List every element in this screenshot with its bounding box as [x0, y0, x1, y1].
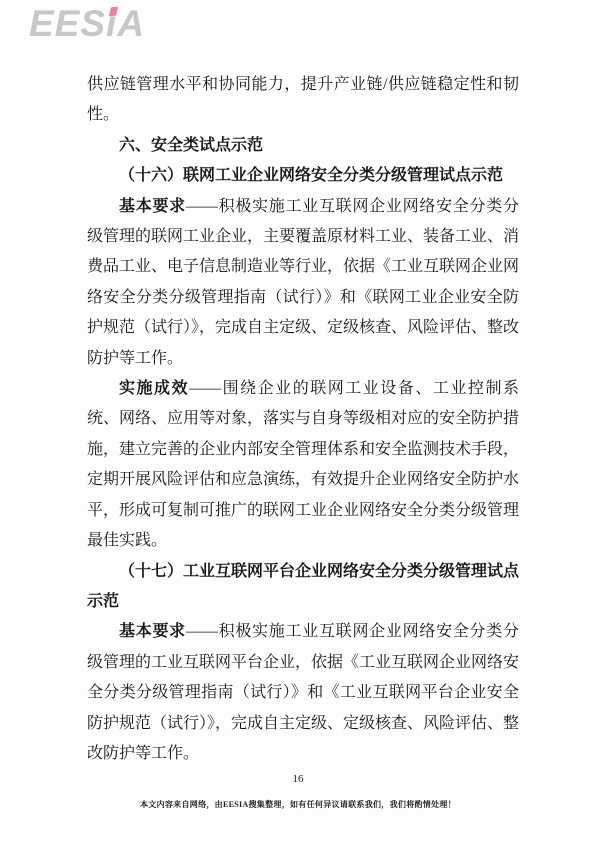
- section-heading: 六、安全类试点示范: [87, 131, 519, 161]
- logo-text-post: A: [117, 3, 145, 44]
- item17-basic-lead: 基本要求: [119, 623, 186, 640]
- item17-basic-paragraph: 基本要求——积极实施工业互联网企业网络安全分类分级管理的工业互联网平台企业，依据…: [87, 617, 519, 769]
- item16-heading: （十六）联网工业企业网络安全分类分级管理试点示范: [87, 161, 519, 191]
- document-body: 供应链管理水平和协同能力，提升产业链/供应链稳定性和韧性。 六、安全类试点示范 …: [87, 70, 519, 769]
- item16-effect-paragraph: 实施成效——围绕企业的联网工业设备、工业控制系统、网络、应用等对象，落实与自身等…: [87, 374, 519, 556]
- item17-heading: （十七）工业互联网平台企业网络安全分类分级管理试点示范: [87, 557, 519, 618]
- footer-disclaimer: 本文内容来自网络，由EESIA搜集整理，如有任何异议请联系我们，我们将酌情处理！: [0, 799, 596, 810]
- document-page: EESıA 供应链管理水平和协同能力，提升产业链/供应链稳定性和韧性。 六、安全…: [0, 0, 596, 842]
- item16-basic-lead: 基本要求: [119, 198, 186, 215]
- paragraph-carryover: 供应链管理水平和协同能力，提升产业链/供应链稳定性和韧性。: [87, 70, 519, 131]
- item16-effect-body: ——围绕企业的联网工业设备、工业控制系统、网络、应用等对象，落实与自身等级相对应…: [87, 380, 519, 549]
- item16-effect-lead: 实施成效: [119, 380, 189, 397]
- item17-basic-body: ——积极实施工业互联网企业网络安全分类分级管理的工业互联网平台企业，依据《工业互…: [87, 623, 519, 762]
- logo-text-pre: EES: [29, 3, 106, 44]
- page-number: 16: [0, 773, 596, 785]
- item16-basic-body: ——积极实施工业互联网企业网络安全分类分级管理的联网工业企业，主要覆盖原材料工业…: [87, 198, 519, 367]
- item16-basic-paragraph: 基本要求——积极实施工业互联网企业网络安全分类分级管理的联网工业企业，主要覆盖原…: [87, 192, 519, 374]
- eesia-logo: EESıA: [29, 4, 145, 44]
